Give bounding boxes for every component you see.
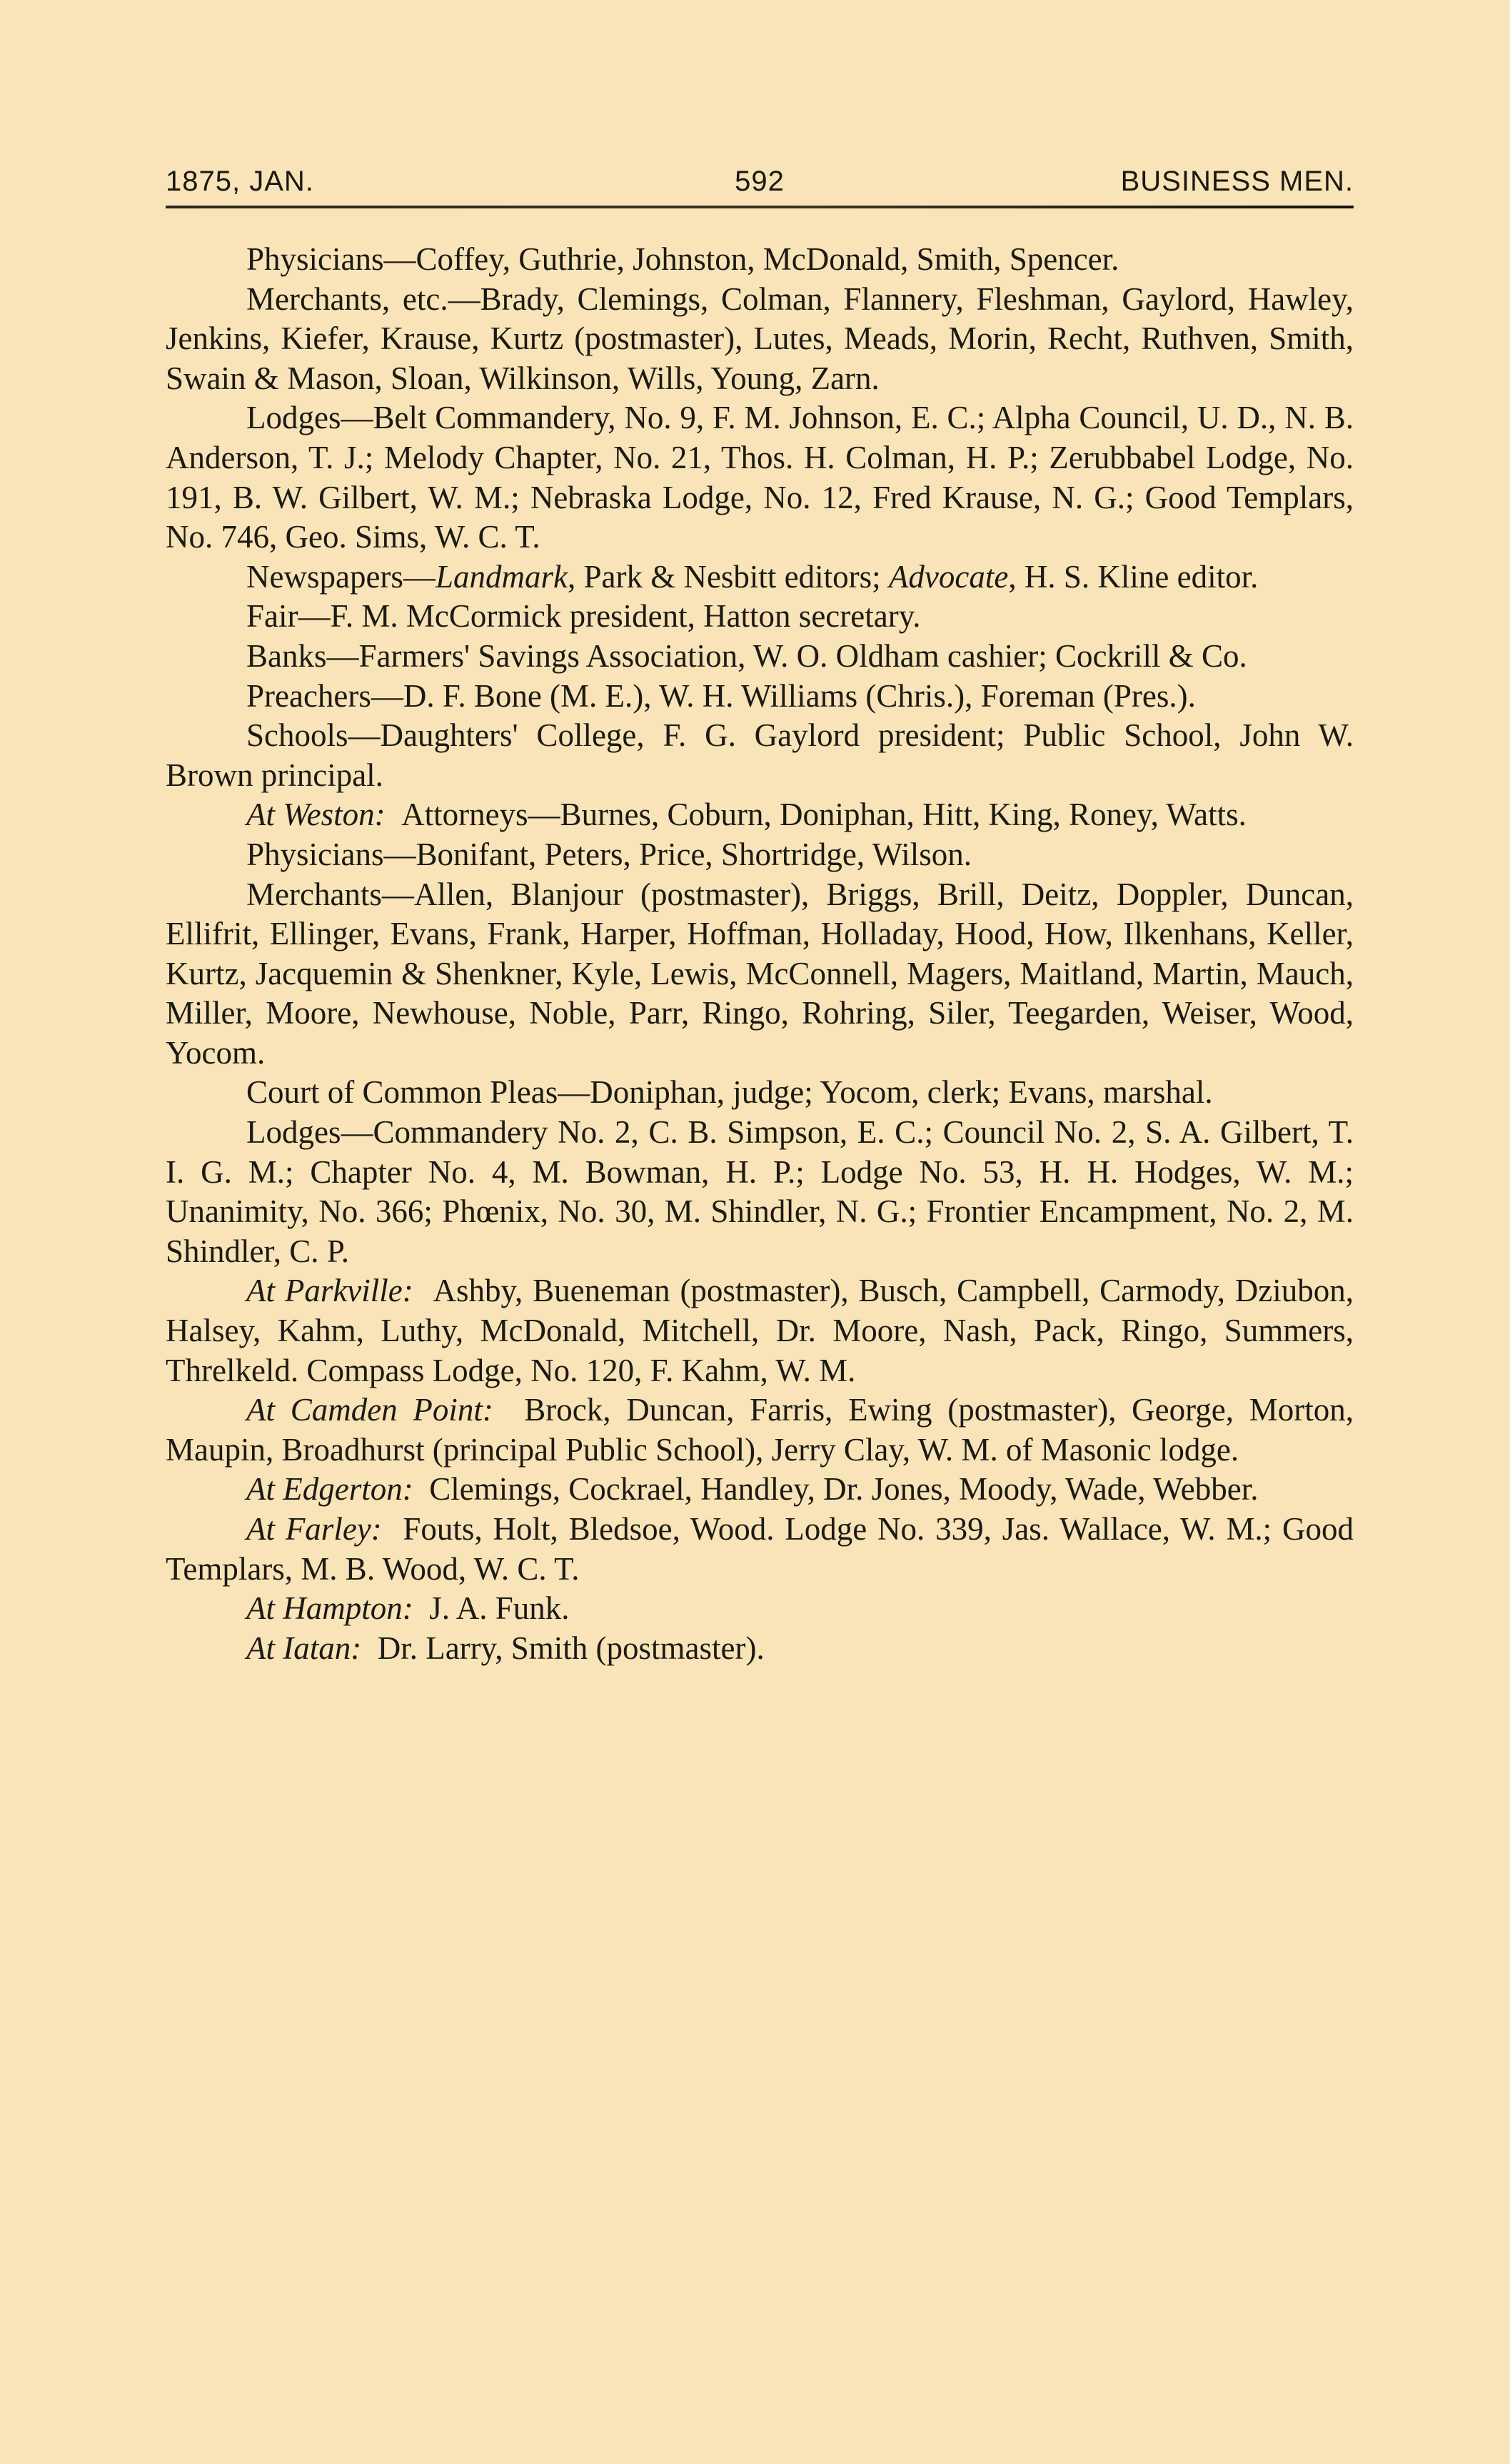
paragraph-weston-lodges: Lodges—Commandery No. 2, C. B. Simpson, … (166, 1113, 1354, 1271)
paragraph-weston-attorneys: At Weston: Attorneys—Burnes, Coburn, Don… (166, 795, 1354, 835)
header-rule (166, 206, 1354, 208)
town-heading: At Camden Point: (246, 1392, 493, 1428)
paragraph-hampton: At Hampton: J. A. Funk. (166, 1589, 1354, 1629)
paragraph-lodges: Lodges—Belt Commandery, No. 9, F. M. Joh… (166, 398, 1354, 557)
paragraph-farley: At Farley: Fouts, Holt, Bledsoe, Wood. L… (166, 1510, 1354, 1589)
paragraph-weston-court: Court of Common Pleas—Doniphan, judge; Y… (166, 1073, 1354, 1113)
paragraph-physicians: Physicians—Coffey, Guthrie, Johnston, Mc… (166, 240, 1354, 280)
header-section-title: BUSINESS MEN. (1121, 167, 1354, 196)
running-head: 1875, JAN. 592 BUSINESS MEN. (166, 158, 1354, 196)
paragraph-banks: Banks—Farmers' Savings Association, W. O… (166, 637, 1354, 677)
paragraph-text: Dr. Larry, Smith (postmaster). (378, 1630, 765, 1666)
book-page: 1875, JAN. 592 BUSINESS MEN. Physicians—… (166, 158, 1354, 1668)
town-heading: At Farley: (246, 1511, 382, 1547)
paragraph-text: Fair—F. M. McCormick president, Hatton s… (246, 598, 921, 634)
paragraph-schools: Schools—Daughters' College, F. G. Gaylor… (166, 716, 1354, 795)
paragraph-text: , H. S. Kline editor. (1008, 559, 1258, 595)
paragraph-text: Lodges—Belt Commandery, No. 9, F. M. Joh… (166, 400, 1354, 555)
paragraph-text: Schools—Daughters' College, F. G. Gaylor… (166, 717, 1354, 793)
directory-text: Physicians—Coffey, Guthrie, Johnston, Mc… (166, 240, 1354, 1668)
paragraph-fair: Fair—F. M. McCormick president, Hatton s… (166, 597, 1354, 637)
newspaper-title: Advocate (889, 559, 1008, 595)
paragraph-text: Court of Common Pleas—Doniphan, judge; Y… (246, 1074, 1213, 1110)
paragraph-weston-physicians: Physicians—Bonifant, Peters, Price, Shor… (166, 835, 1354, 875)
page-number: 592 (735, 166, 785, 197)
paragraph-edgerton: At Edgerton: Clemings, Cockrael, Handley… (166, 1470, 1354, 1510)
newspaper-title: Landmark (436, 559, 568, 595)
town-heading: At Parkville: (246, 1273, 413, 1308)
paragraph-merchants: Merchants, etc.—Brady, Clemings, Colman,… (166, 280, 1354, 399)
paragraph-text: Physicians—Coffey, Guthrie, Johnston, Mc… (246, 241, 1119, 277)
paragraph-parkville: At Parkville: Ashby, Bueneman (postmaste… (166, 1271, 1354, 1390)
paragraph-text: Lodges—Commandery No. 2, C. B. Simpson, … (166, 1114, 1354, 1269)
paragraph-text: Physicians—Bonifant, Peters, Price, Shor… (246, 837, 972, 872)
header-date: 1875, JAN. (166, 167, 314, 196)
paragraph-text: Merchants, etc.—Brady, Clemings, Colman,… (166, 281, 1354, 396)
paragraph-text: J. A. Funk. (429, 1590, 569, 1626)
paragraph-text: , Park & Nesbitt editors; (568, 559, 889, 595)
town-heading: At Weston: (246, 797, 386, 832)
town-heading: At Hampton: (246, 1590, 413, 1626)
paragraph-preachers: Preachers—D. F. Bone (M. E.), W. H. Will… (166, 677, 1354, 717)
paragraph-text: Banks—Farmers' Savings Association, W. O… (246, 638, 1247, 674)
town-heading: At Edgerton: (246, 1471, 413, 1507)
town-heading: At Iatan: (246, 1630, 361, 1666)
paragraph-newspapers: Newspapers—Landmark, Park & Nesbitt edit… (166, 557, 1354, 597)
paragraph-iatan: At Iatan: Dr. Larry, Smith (postmaster). (166, 1629, 1354, 1669)
paragraph-text: Newspapers— (246, 559, 436, 595)
paragraph-text: Clemings, Cockrael, Handley, Dr. Jones, … (429, 1471, 1258, 1507)
paragraph-text: Preachers—D. F. Bone (M. E.), W. H. Will… (246, 678, 1196, 714)
paragraph-text: Attorneys—Burnes, Coburn, Doniphan, Hitt… (401, 797, 1247, 832)
paragraph-camden-point: At Camden Point: Brock, Duncan, Farris, … (166, 1390, 1354, 1470)
paragraph-text: Merchants—Allen, Blanjour (postmaster), … (166, 877, 1354, 1071)
paragraph-weston-merchants: Merchants—Allen, Blanjour (postmaster), … (166, 875, 1354, 1074)
